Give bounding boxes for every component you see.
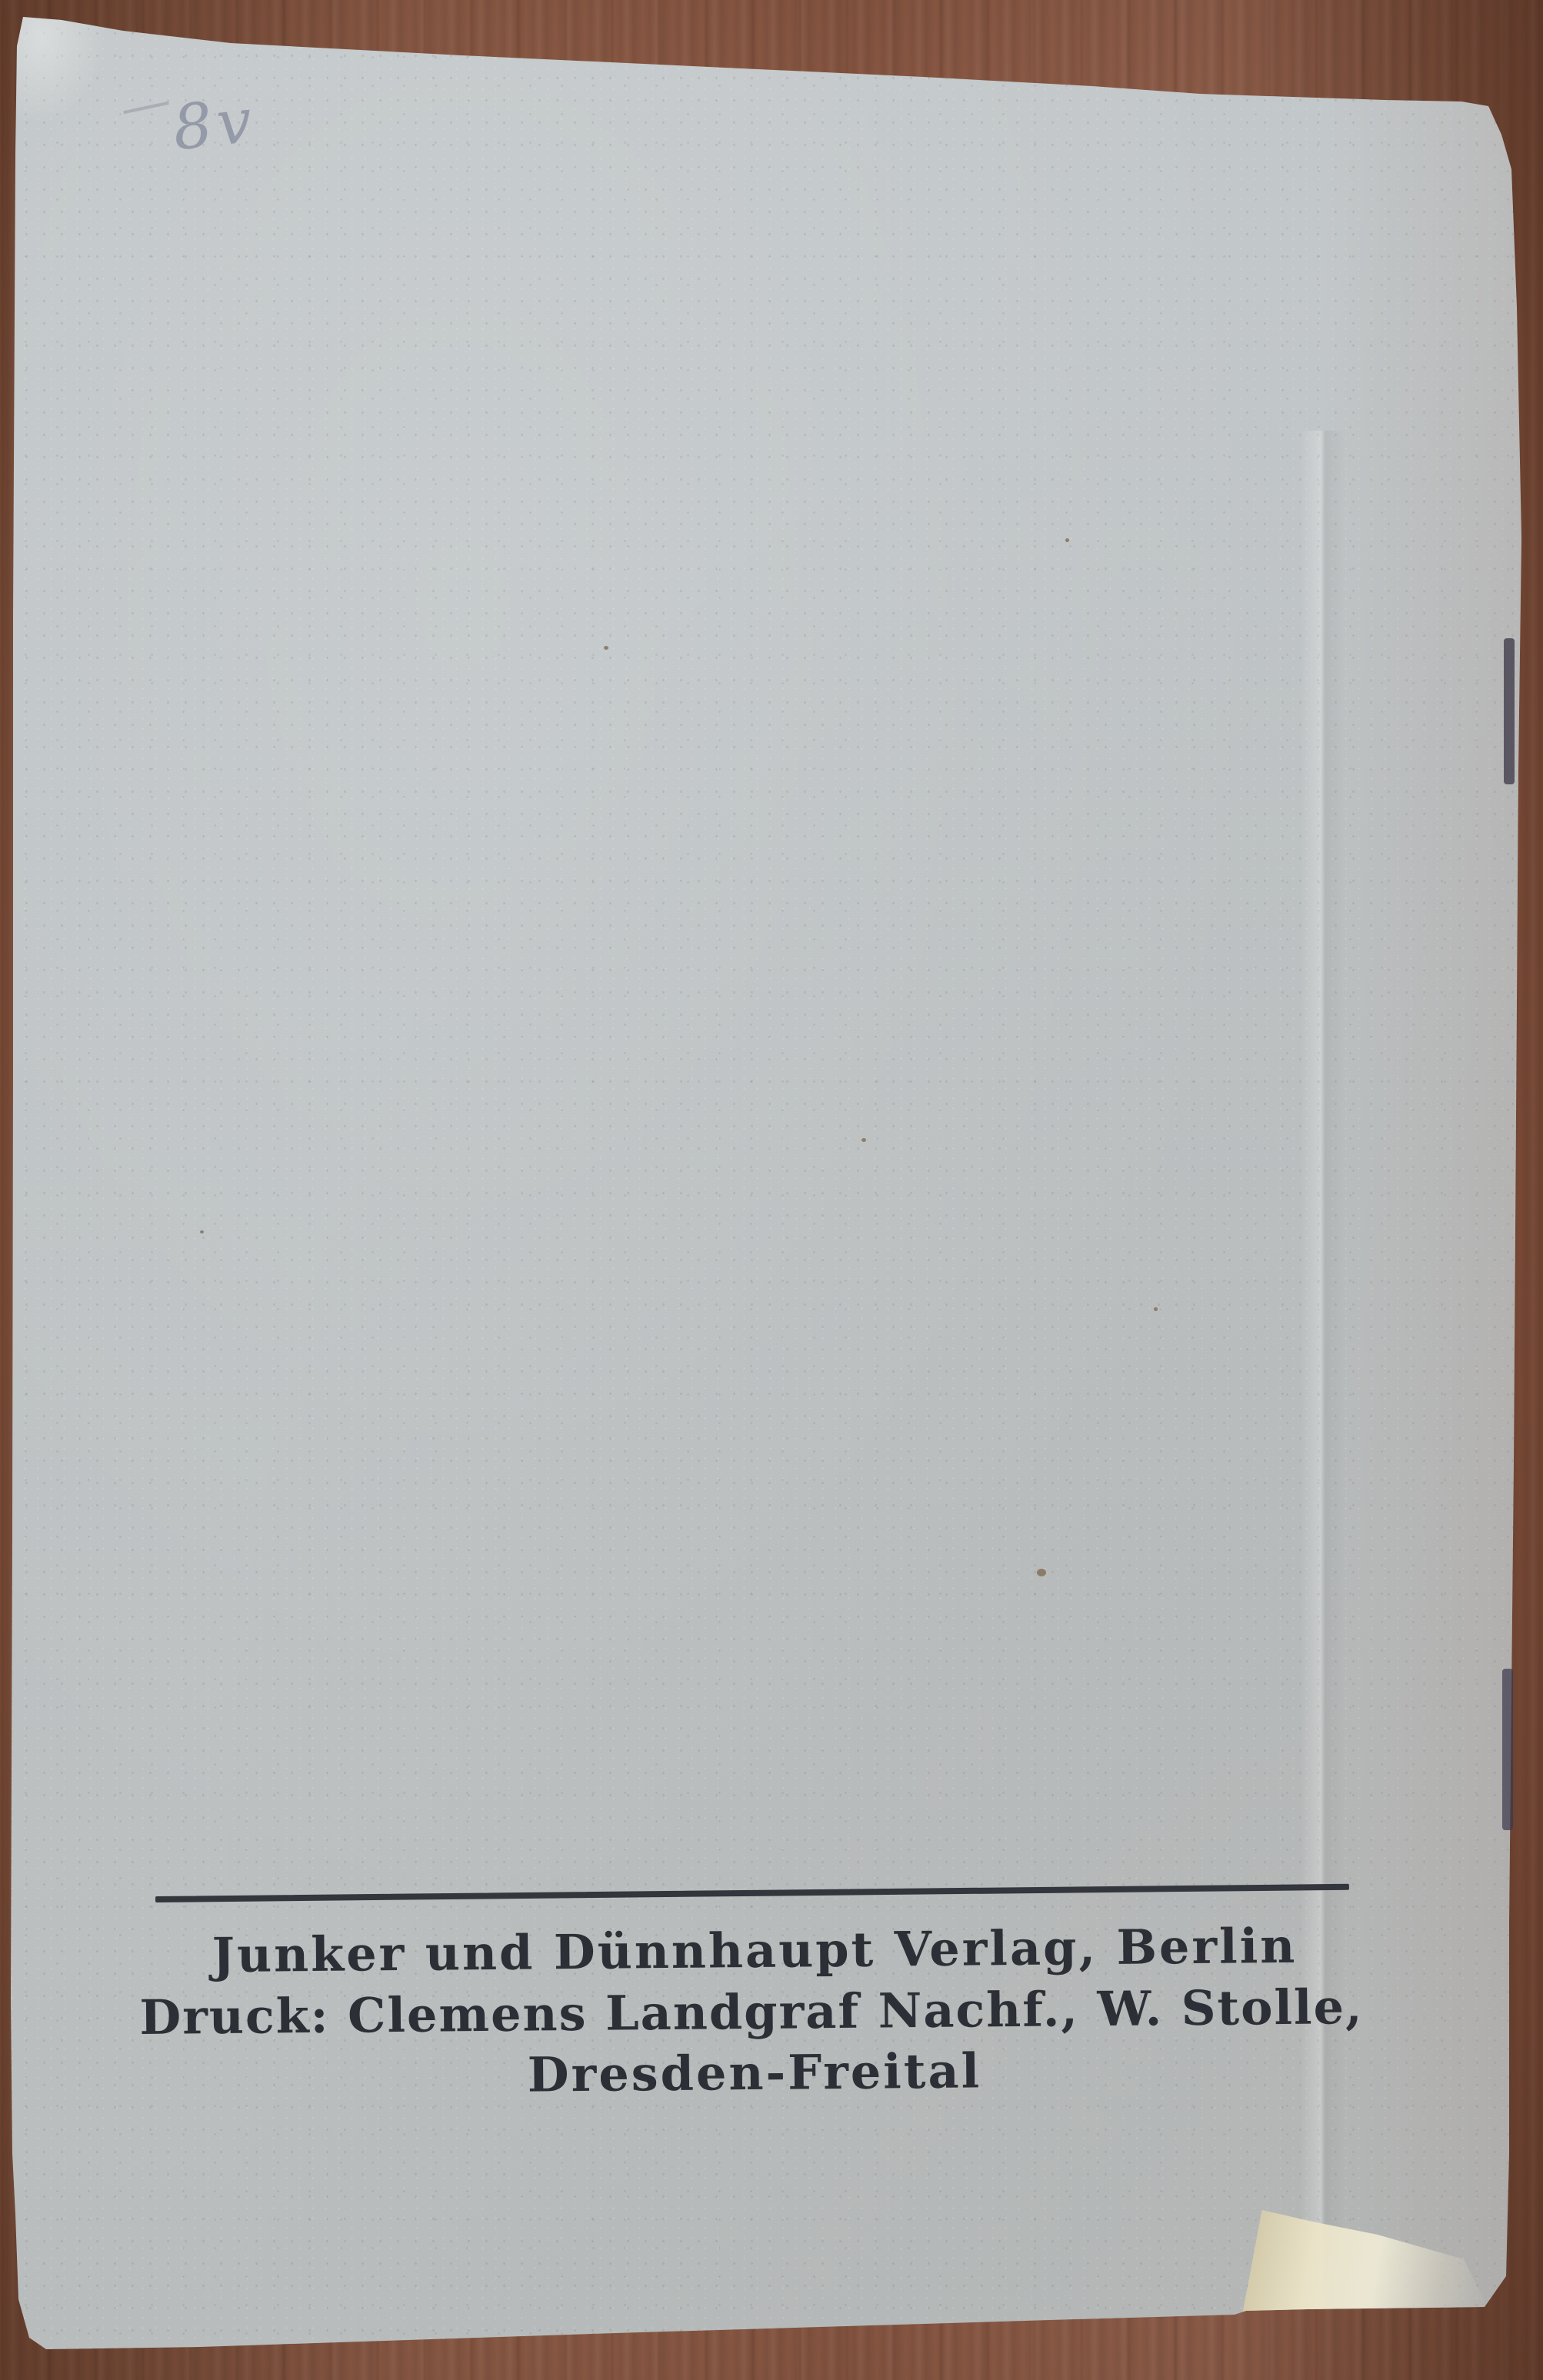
handwritten-pencil-mark: 8v: [169, 85, 259, 165]
spine-edge-shadow: [1502, 1669, 1513, 1830]
spine-edge-shadow: [1504, 638, 1515, 784]
paper-speck: [1065, 538, 1069, 542]
paper-speck: [861, 1138, 866, 1142]
paper-speck: [200, 1230, 204, 1233]
corner-wear: [14, 15, 106, 123]
paper-speck: [1154, 1307, 1158, 1311]
paper-speck: [604, 646, 608, 650]
paper-speck: [1037, 1569, 1046, 1576]
booklet-back-cover: 8v Junker und Dünnhaupt Verlag, Berlin D…: [0, 0, 1543, 2380]
